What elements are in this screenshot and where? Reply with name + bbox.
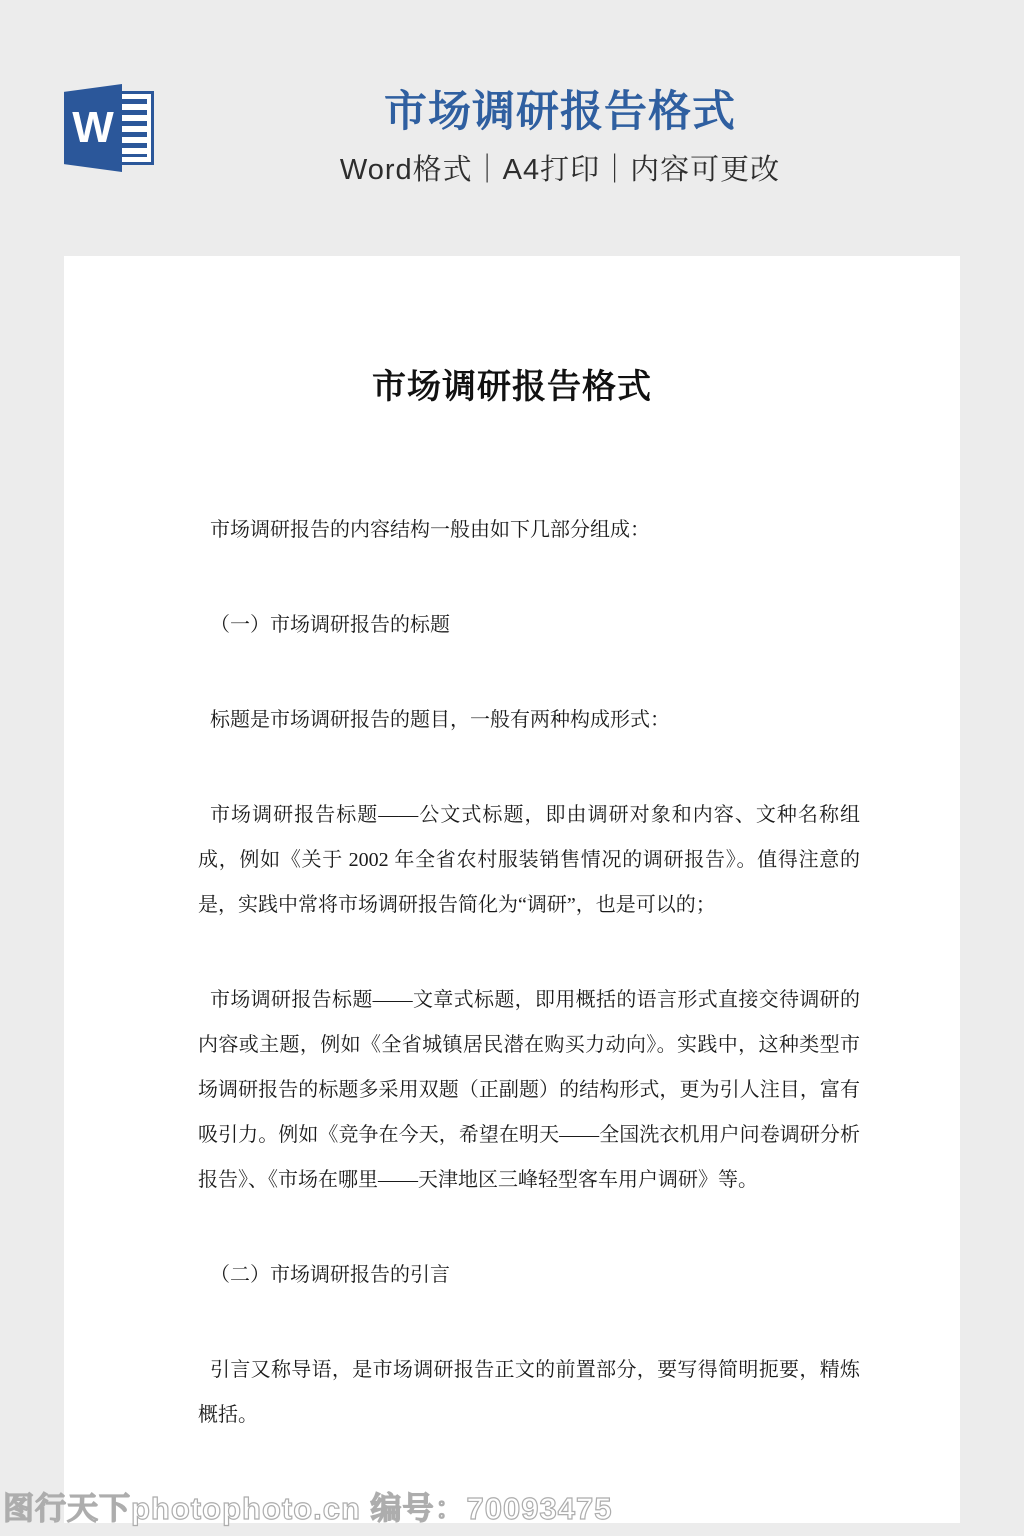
- site-watermark: 图行天下photophoto.cn 编号：70093475: [3, 1483, 612, 1528]
- header-text-block: 市场调研报告格式 Word格式｜A4打印｜内容可更改: [160, 88, 960, 188]
- doc-paragraph: 市场调研报告标题——文章式标题，即用概括的语言形式直接交待调研的内容或主题，例如…: [198, 978, 860, 1203]
- document-page: 市场调研报告格式 市场调研报告的内容结构一般由如下几部分组成： （一）市场调研报…: [64, 256, 960, 1523]
- preview-header: W 市场调研报告格式 Word格式｜A4打印｜内容可更改: [0, 0, 1024, 256]
- word-logo-panel: W: [64, 84, 122, 172]
- word-logo-letter: W: [72, 103, 114, 153]
- doc-paragraph: 引言又称导语，是市场调研报告正文的前置部分，要写得简明扼要，精炼概括。: [198, 1348, 860, 1438]
- template-subtitle: Word格式｜A4打印｜内容可更改: [160, 147, 960, 188]
- document-body: 市场调研报告的内容结构一般由如下几部分组成： （一）市场调研报告的标题 标题是市…: [64, 508, 960, 1438]
- doc-paragraph: 市场调研报告标题——公文式标题，即由调研对象和内容、文种名称组成，例如《关于 2…: [198, 793, 860, 928]
- doc-paragraph: （一）市场调研报告的标题: [198, 603, 860, 648]
- doc-paragraph: 标题是市场调研报告的题目，一般有两种构成形式：: [198, 698, 860, 743]
- word-logo-page-lines: [119, 99, 147, 157]
- template-title: 市场调研报告格式: [160, 88, 960, 137]
- word-logo-icon: W: [64, 84, 158, 172]
- doc-paragraph: 市场调研报告的内容结构一般由如下几部分组成：: [198, 508, 860, 553]
- document-title: 市场调研报告格式: [64, 256, 960, 408]
- doc-paragraph: （二）市场调研报告的引言: [198, 1253, 860, 1298]
